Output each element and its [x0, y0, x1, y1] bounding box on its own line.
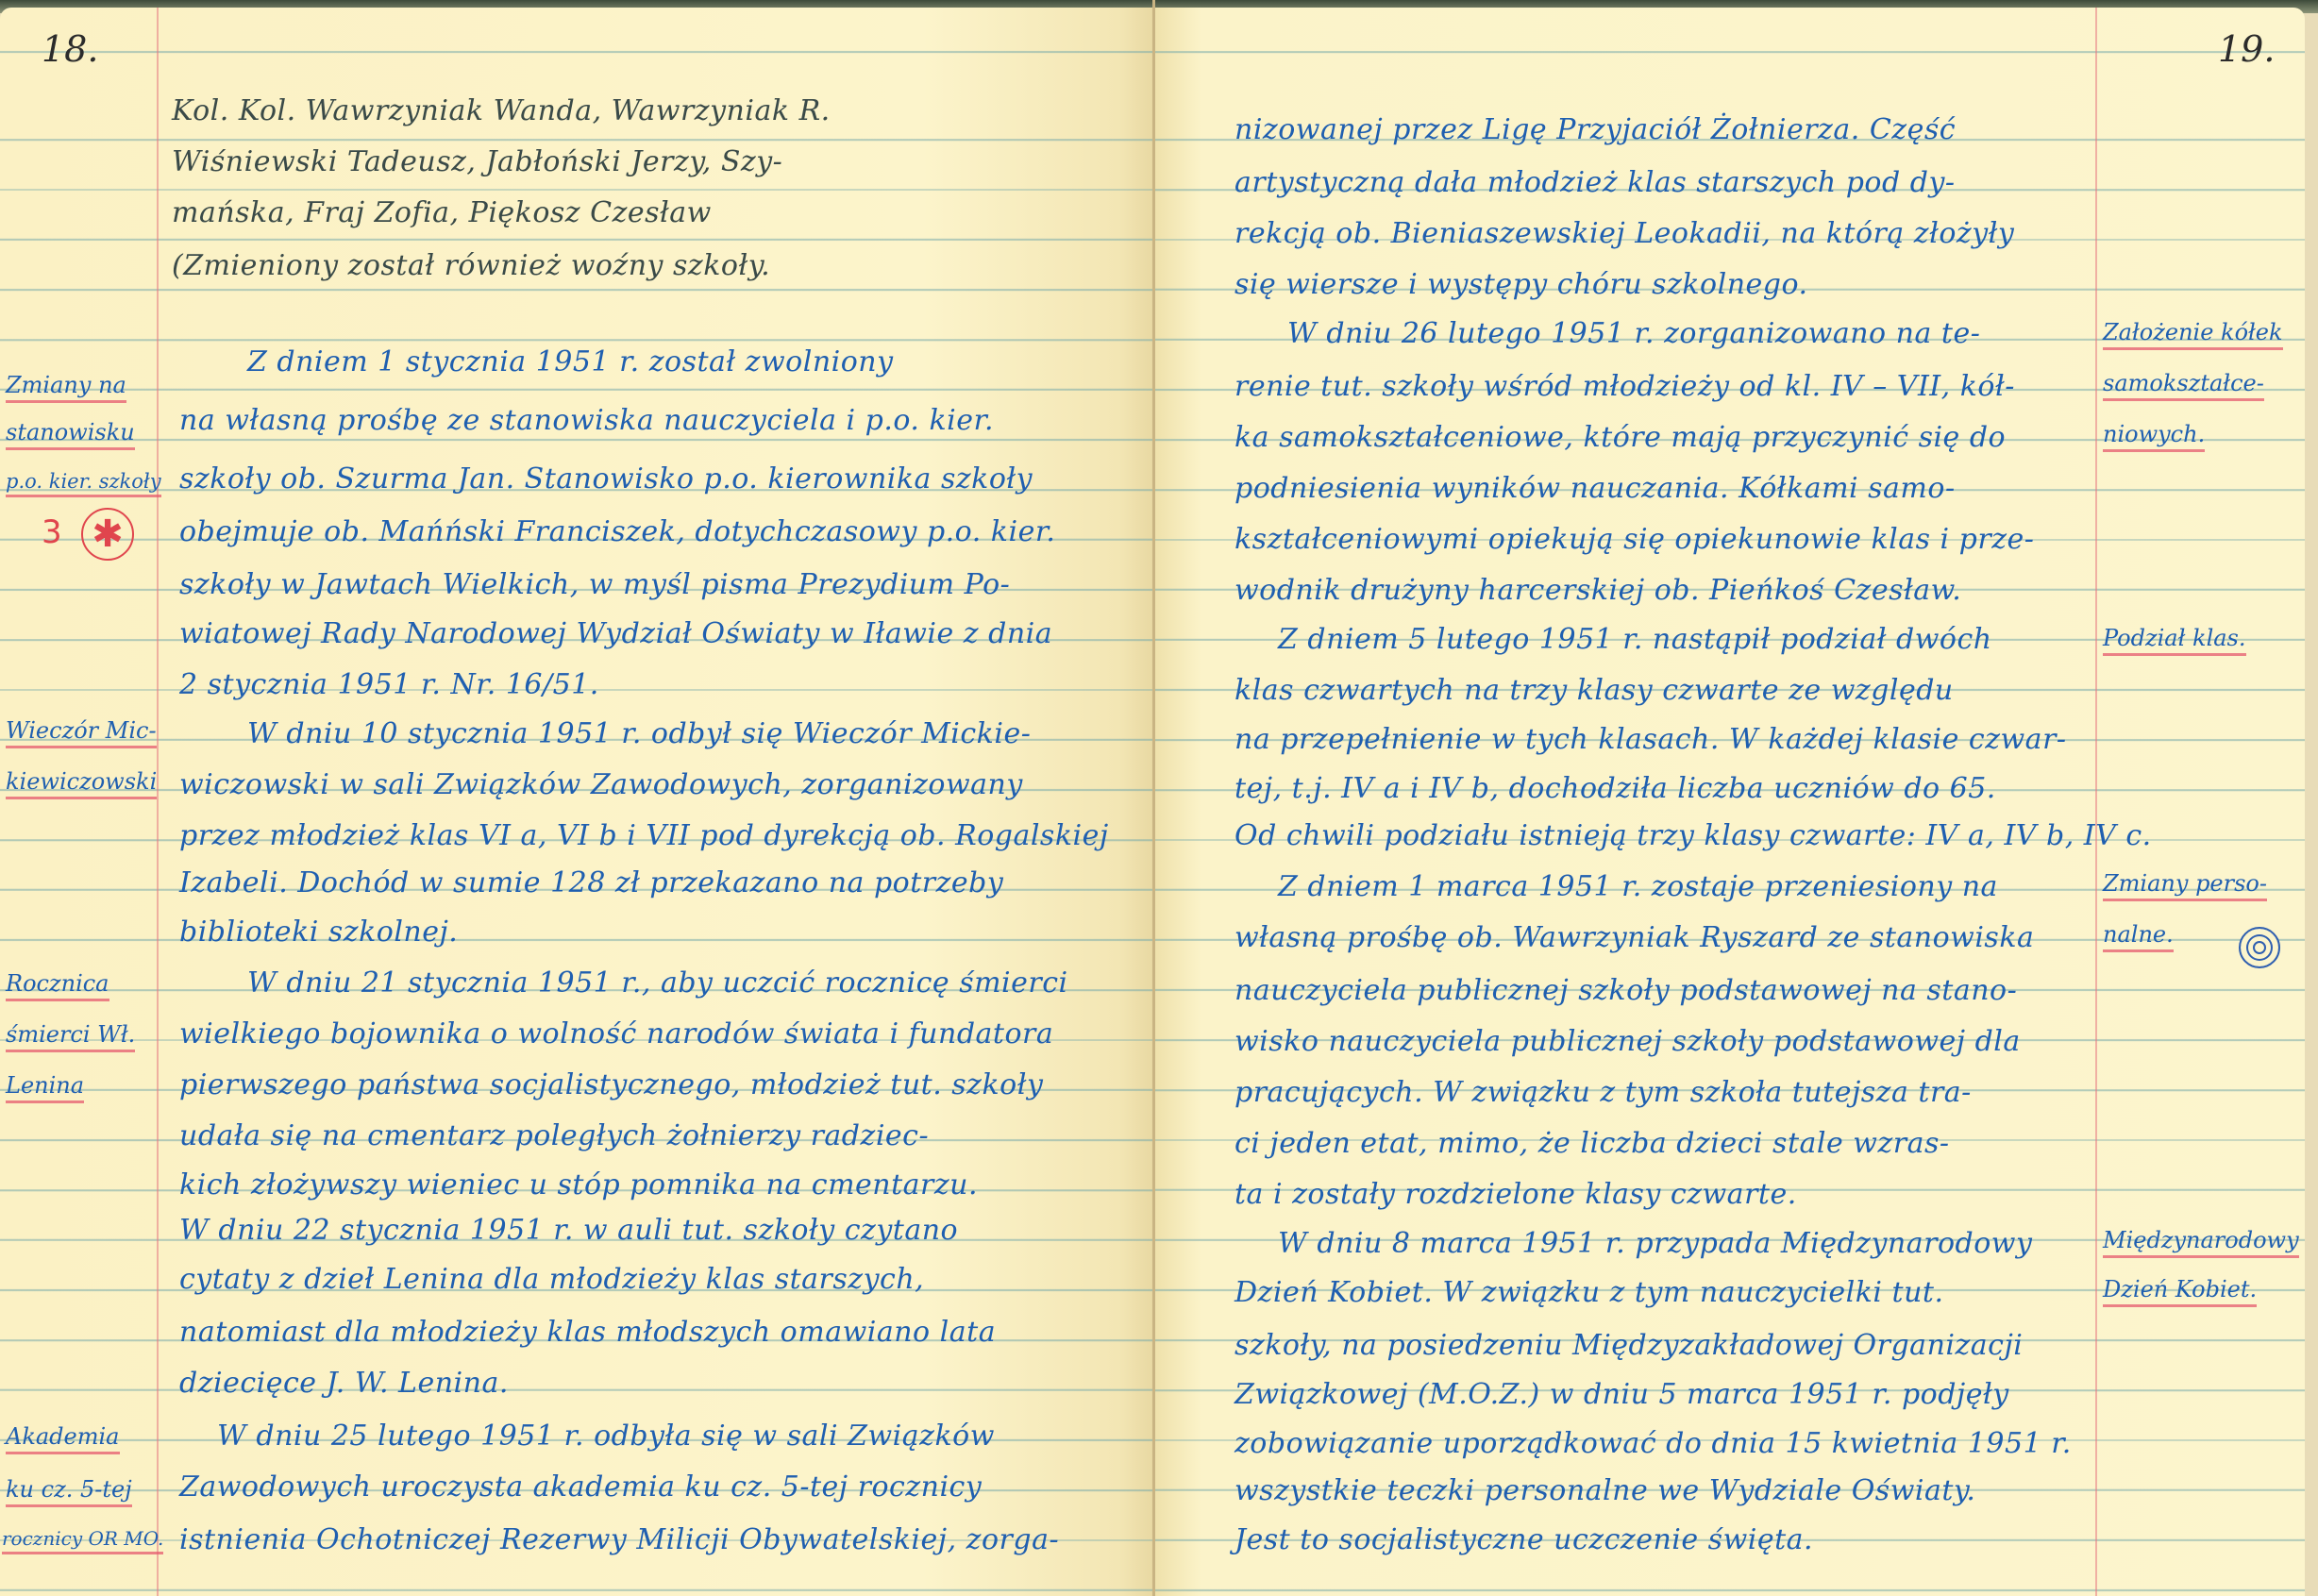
text-line: Dzień Kobiet. W związku z tym nauczyciel… [1235, 1276, 1944, 1309]
page-number: 18. [42, 28, 98, 70]
margin-note: samokształce- [2103, 370, 2264, 401]
text-line: kich złożywszy wieniec u stóp pomnika na… [179, 1168, 978, 1201]
text-line: ci jeden etat, mimo, że liczba dzieci st… [1235, 1127, 1950, 1160]
text-line: wiatowej Rady Narodowej Wydział Oświaty … [179, 617, 1052, 650]
margin-note: niowych. [2103, 421, 2205, 452]
right-page: 19. nizowanej przez Ligę Przyjaciół Żołn… [1155, 8, 2305, 1596]
text-line: Wiśniewski Tadeusz, Jabłoński Jerzy, Szy… [172, 145, 782, 178]
text-line: 2 stycznia 1951 r. Nr. 16/51. [179, 668, 599, 701]
text-line: W dniu 8 marca 1951 r. przypada Międzyna… [1278, 1227, 2032, 1260]
text-line: wiczowski w sali Związków Zawodowych, zo… [179, 768, 1023, 801]
text-line: Z dniem 1 marca 1951 r. zostaje przenies… [1278, 870, 1998, 903]
text-line: przez młodzież klas VI a, VI b i VII pod… [179, 819, 1109, 852]
margin-note: Dzień Kobiet. [2103, 1276, 2257, 1307]
text-line: rekcją ob. Bieniaszewskiej Leokadii, na … [1235, 217, 2014, 250]
text-line: szkoły w Jawtach Wielkich, w myśl pisma … [179, 568, 1010, 601]
margin-note: kiewiczowski [6, 768, 157, 799]
text-line: Jest to socjalistyczne uczczenie święta. [1235, 1523, 1813, 1556]
text-line: nauczyciela publicznej szkoły podstawowe… [1235, 974, 2017, 1007]
text-line: własną prośbę ob. Wawrzyniak Ryszard ze … [1235, 921, 2034, 954]
ruled-lines [0, 8, 1153, 1596]
text-line: tej, t.j. IV a i IV b, dochodziła liczba… [1235, 772, 1996, 805]
margin-note: Podział klas. [2103, 625, 2246, 656]
text-line: (Zmieniony został również woźny szkoły. [172, 249, 770, 282]
text-line: Kol. Kol. Wawrzyniak Wanda, Wawrzyniak R… [172, 94, 831, 127]
text-line: W dniu 10 stycznia 1951 r. odbył się Wie… [247, 717, 1031, 750]
text-line: W dniu 26 lutego 1951 r. zorganizowano n… [1287, 317, 1980, 350]
margin-note: p.o. kier. szkoły [6, 470, 161, 497]
text-line: szkoły ob. Szurma Jan. Stanowisko p.o. k… [179, 462, 1033, 496]
margin-note: Zmiany perso- [2103, 870, 2267, 901]
margin-note: rocznicy OR MO. [2, 1527, 163, 1554]
text-line: Z dniem 5 lutego 1951 r. nastąpił podzia… [1278, 623, 1992, 656]
text-line: renie tut. szkoły wśród młodzieży od kl.… [1235, 370, 2015, 403]
margin-line [157, 8, 159, 1596]
text-line: Związkowej (M.O.Z.) w dniu 5 marca 1951 … [1235, 1378, 2009, 1411]
text-line: mańska, Fraj Zofia, Piękosz Czesław [172, 196, 712, 229]
text-line: szkoły, na posiedzeniu Międzyzakładowej … [1235, 1329, 2023, 1362]
text-line: wisko nauczyciela publicznej szkoły pods… [1235, 1025, 2021, 1058]
text-line: W dniu 21 stycznia 1951 r., aby uczcić r… [247, 966, 1068, 1000]
page-number: 19. [2218, 28, 2275, 70]
margin-note: Założenie kółek [2103, 319, 2283, 350]
text-line: wszystkie teczki personalne we Wydziale … [1235, 1474, 1975, 1507]
text-line: cytaty z dzieł Lenina dla młodzieży klas… [179, 1263, 924, 1296]
text-line: natomiast dla młodzieży klas młodszych o… [179, 1316, 996, 1349]
text-line: wielkiego bojownika o wolność narodów św… [179, 1017, 1053, 1050]
text-line: ka samokształceniowe, które mają przyczy… [1235, 421, 2006, 454]
margin-note: nalne. [2103, 921, 2174, 952]
margin-note: ku cz. 5-tej [6, 1476, 132, 1507]
margin-note: Akademia [6, 1423, 120, 1454]
text-line: dziecięce J. W. Lenina. [179, 1367, 509, 1400]
spiral-doodle-icon [2239, 927, 2280, 968]
text-line: udała się na cmentarz poległych żołnierz… [179, 1119, 929, 1152]
text-line: klas czwartych na trzy klasy czwarte ze … [1235, 674, 1954, 707]
margin-note: Wieczór Mic- [6, 717, 157, 748]
margin-note: Rocznica [6, 970, 109, 1001]
text-line: biblioteki szkolnej. [179, 916, 458, 949]
margin-line [2095, 8, 2097, 1596]
left-page: 18. Kol. Kol. Wawrzyniak Wanda, Wawrzyni… [0, 8, 1153, 1596]
text-line: nizowanej przez Ligę Przyjaciół Żołnierz… [1235, 113, 1956, 146]
text-line: istnienia Ochotniczej Rezerwy Milicji Ob… [179, 1523, 1059, 1556]
text-line: pierwszego państwa socjalistycznego, mło… [179, 1068, 1043, 1101]
text-line: W dniu 25 lutego 1951 r. odbyła się w sa… [217, 1420, 995, 1453]
margin-note: stanowisku [6, 419, 135, 450]
text-line: na własną prośbę ze stanowiska nauczycie… [179, 404, 994, 437]
margin-note: Międzynarodowy [2103, 1227, 2299, 1258]
red-annotation-number: 3 [42, 513, 62, 551]
margin-note: śmierci Wł. [6, 1021, 135, 1052]
text-line: zobowiązanie uporządkować do dnia 15 kwi… [1235, 1427, 2072, 1460]
text-line: się wiersze i występy chóru szkolnego. [1235, 268, 1808, 301]
text-line: pracujących. W związku z tym szkoła tute… [1235, 1076, 1972, 1109]
margin-note: Lenina [6, 1072, 84, 1103]
text-line: Zawodowych uroczysta akademia ku cz. 5-t… [179, 1470, 982, 1504]
margin-note: Zmiany na [6, 372, 126, 403]
text-line: wodnik drużyny harcerskiej ob. Pieńkoś C… [1235, 574, 1961, 607]
text-line: podniesienia wyników nauczania. Kółkami … [1235, 472, 1956, 505]
text-line: W dniu 22 stycznia 1951 r. w auli tut. s… [179, 1214, 958, 1247]
text-line: Izabeli. Dochód w sumie 128 zł przekazan… [179, 866, 1003, 899]
text-line: artystyczną dała młodzież klas starszych… [1235, 166, 1956, 199]
asterisk-circle-icon: ✱ [81, 508, 134, 561]
text-line: ta i zostały rozdzielone klasy czwarte. [1235, 1178, 1797, 1211]
text-line: na przepełnienie w tych klasach. W każde… [1235, 723, 2067, 756]
text-line: kształceniowymi opiekują się opiekunowie… [1235, 523, 2034, 556]
text-line: Od chwili podziału istnieją trzy klasy c… [1235, 819, 2152, 852]
text-line: Z dniem 1 stycznia 1951 r. został zwolni… [247, 345, 894, 378]
text-line: obejmuje ob. Mańński Franciszek, dotychc… [179, 515, 1055, 548]
